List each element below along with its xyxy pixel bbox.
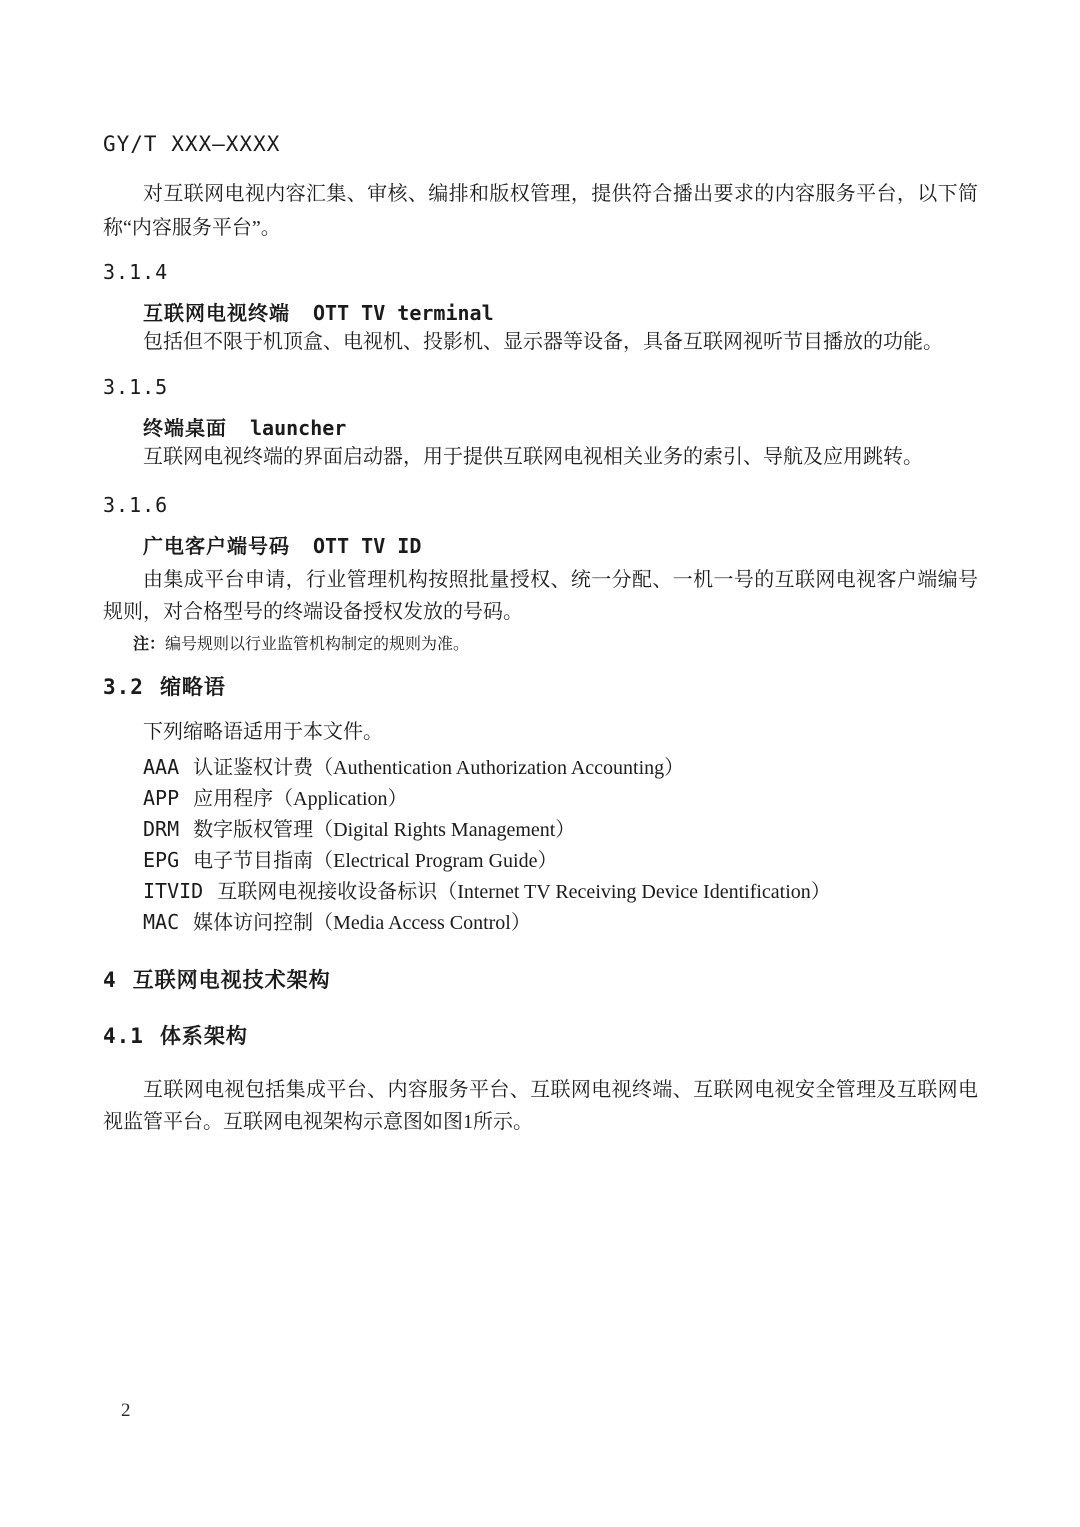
abbreviations-intro: 下列缩略语适用于本文件。 — [103, 721, 978, 743]
heading-number: 4 — [103, 968, 117, 992]
heading-number: 3.2 — [103, 675, 144, 699]
term-heading: 互联网电视终端 OTT TV terminal — [103, 302, 978, 325]
abbreviation-item: AAA认证鉴权计费（Authentication Authorization A… — [103, 752, 978, 783]
term-name-en: launcher — [250, 416, 346, 440]
term-note: 注：编号规则以行业监管机构制定的规则为准。 — [103, 634, 978, 655]
term-section-number: 3.1.4 — [103, 261, 978, 283]
abbreviation-desc: 数字版权管理（Digital Rights Management） — [193, 819, 575, 841]
heading-title: 互联网电视技术架构 — [133, 968, 331, 992]
term-heading: 广电客户端号码 OTT TV ID — [103, 535, 978, 558]
note-text: 编号规则以行业监管机构制定的规则为准。 — [165, 636, 469, 653]
heading-number: 4.1 — [103, 1024, 144, 1048]
abbreviation-item: ITVID互联网电视接收设备标识（Internet TV Receiving D… — [103, 876, 978, 907]
term-name-en: OTT TV terminal — [313, 301, 494, 325]
term-section-number: 3.1.5 — [103, 376, 978, 398]
abbreviation-code: DRM — [143, 817, 179, 841]
abbreviation-item: APP应用程序（Application） — [103, 783, 978, 814]
term-name-zh: 终端桌面 — [143, 416, 227, 440]
term-definition: 互联网电视终端的界面启动器，用于提供互联网电视相关业务的索引、导航及应用跳转。 — [103, 440, 978, 474]
chapter4-heading: 4互联网电视技术架构 — [103, 968, 978, 992]
abbreviation-desc: 电子节目指南（Electrical Program Guide） — [193, 850, 557, 872]
note-label: 注： — [133, 634, 165, 653]
abbreviation-desc: 互联网电视接收设备标识（Internet TV Receiving Device… — [217, 881, 831, 903]
document-header-code: GY/T XXX—XXXX — [103, 133, 978, 155]
term-definition: 包括但不限于机顶盒、电视机、投影机、显示器等设备，具备互联网视听节目播放的功能。 — [103, 325, 978, 359]
abbreviation-item: MAC媒体访问控制（Media Access Control） — [103, 907, 978, 938]
abbreviation-desc: 应用程序（Application） — [193, 788, 407, 810]
term-name-zh: 互联网电视终端 — [143, 301, 290, 325]
term-name-zh: 广电客户端号码 — [143, 534, 290, 558]
abbreviations-list: AAA认证鉴权计费（Authentication Authorization A… — [103, 752, 978, 938]
page-number: 2 — [121, 1400, 131, 1422]
term-section-number: 3.1.6 — [103, 494, 978, 516]
abbreviation-code: MAC — [143, 910, 179, 934]
section41-heading: 4.1体系架构 — [103, 1024, 978, 1048]
term-name-en: OTT TV ID — [313, 534, 421, 558]
abbreviations-heading: 3.2缩略语 — [103, 675, 978, 699]
abbreviation-code: AAA — [143, 755, 179, 779]
abbreviation-desc: 媒体访问控制（Media Access Control） — [193, 912, 531, 934]
term-definition: 由集成平台申请，行业管理机构按照批量授权、统一分配、一机一号的互联网电视客户端编… — [103, 564, 978, 628]
term-heading: 终端桌面 launcher — [103, 417, 978, 440]
document-page: GY/T XXX—XXXX 对互联网电视内容汇集、审核、编排和版权管理，提供符合… — [0, 0, 1080, 1527]
abbreviation-code: EPG — [143, 848, 179, 872]
heading-title: 体系架构 — [160, 1024, 248, 1048]
section41-paragraph: 互联网电视包括集成平台、内容服务平台、互联网电视终端、互联网电视安全管理及互联网… — [103, 1074, 978, 1138]
heading-title: 缩略语 — [160, 675, 226, 699]
abbreviation-item: DRM数字版权管理（Digital Rights Management） — [103, 814, 978, 845]
abbreviation-code: APP — [143, 786, 179, 810]
intro-paragraph: 对互联网电视内容汇集、审核、编排和版权管理，提供符合播出要求的内容服务平台，以下… — [103, 177, 978, 245]
abbreviation-item: EPG电子节目指南（Electrical Program Guide） — [103, 845, 978, 876]
abbreviation-desc: 认证鉴权计费（Authentication Authorization Acco… — [193, 757, 684, 779]
abbreviation-code: ITVID — [143, 879, 203, 903]
